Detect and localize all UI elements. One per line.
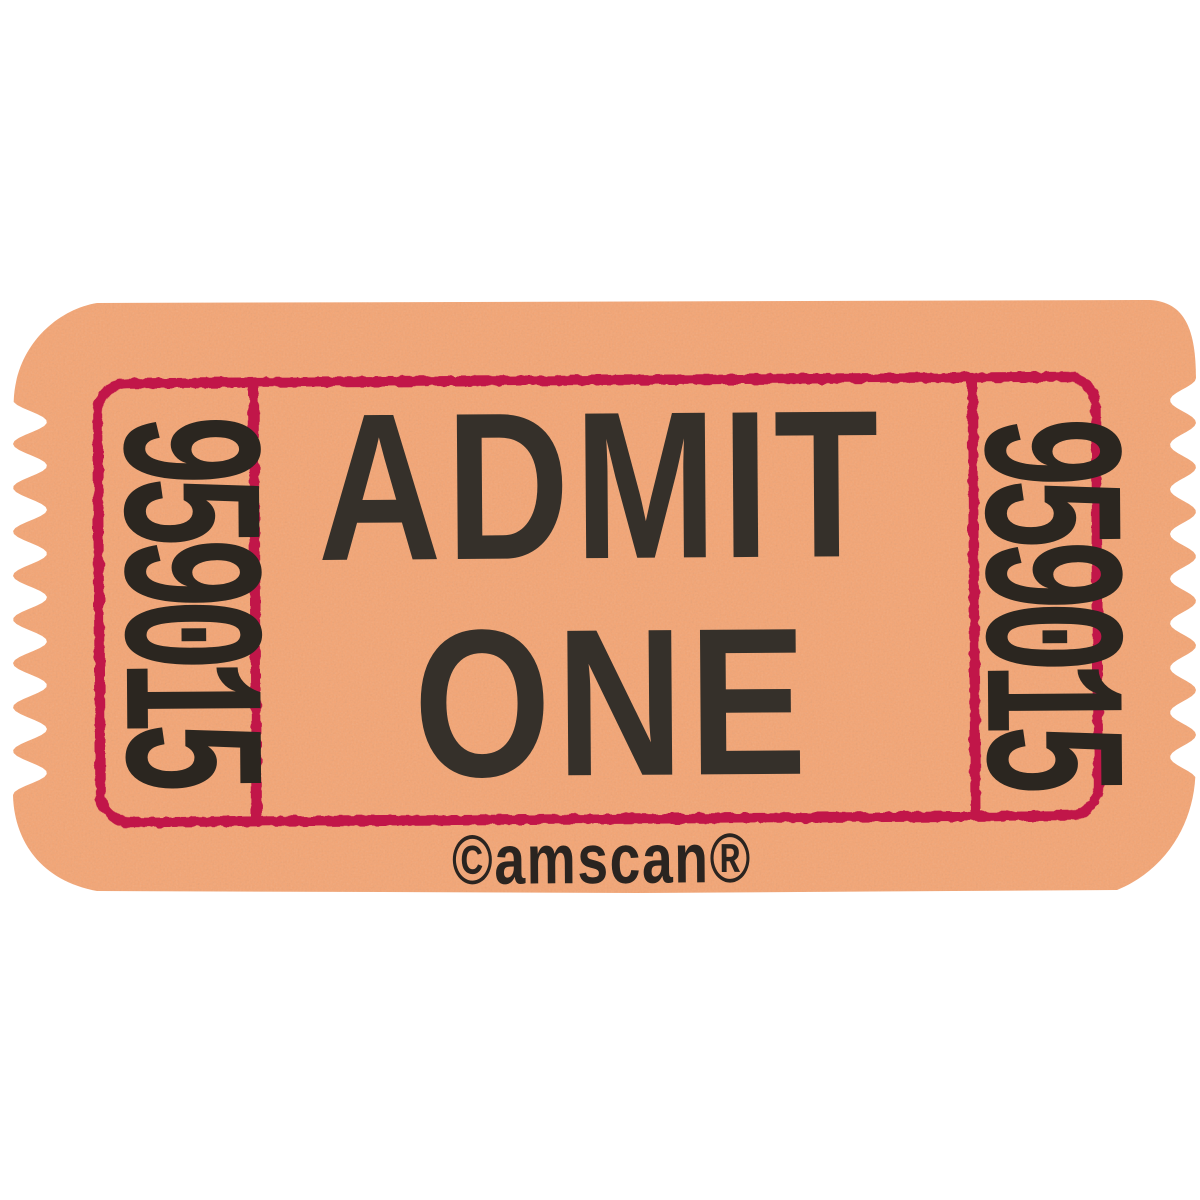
admit-text: ADMIT xyxy=(316,379,883,593)
serial-number-left: 959015 xyxy=(77,413,282,783)
serial-number-right: 959015 xyxy=(938,415,1143,785)
ticket-image: 959015 959015 ADMIT ONE ©amscan® xyxy=(0,0,1200,1200)
brand-text: ©amscan® xyxy=(452,823,752,895)
one-text: ONE xyxy=(412,597,812,810)
